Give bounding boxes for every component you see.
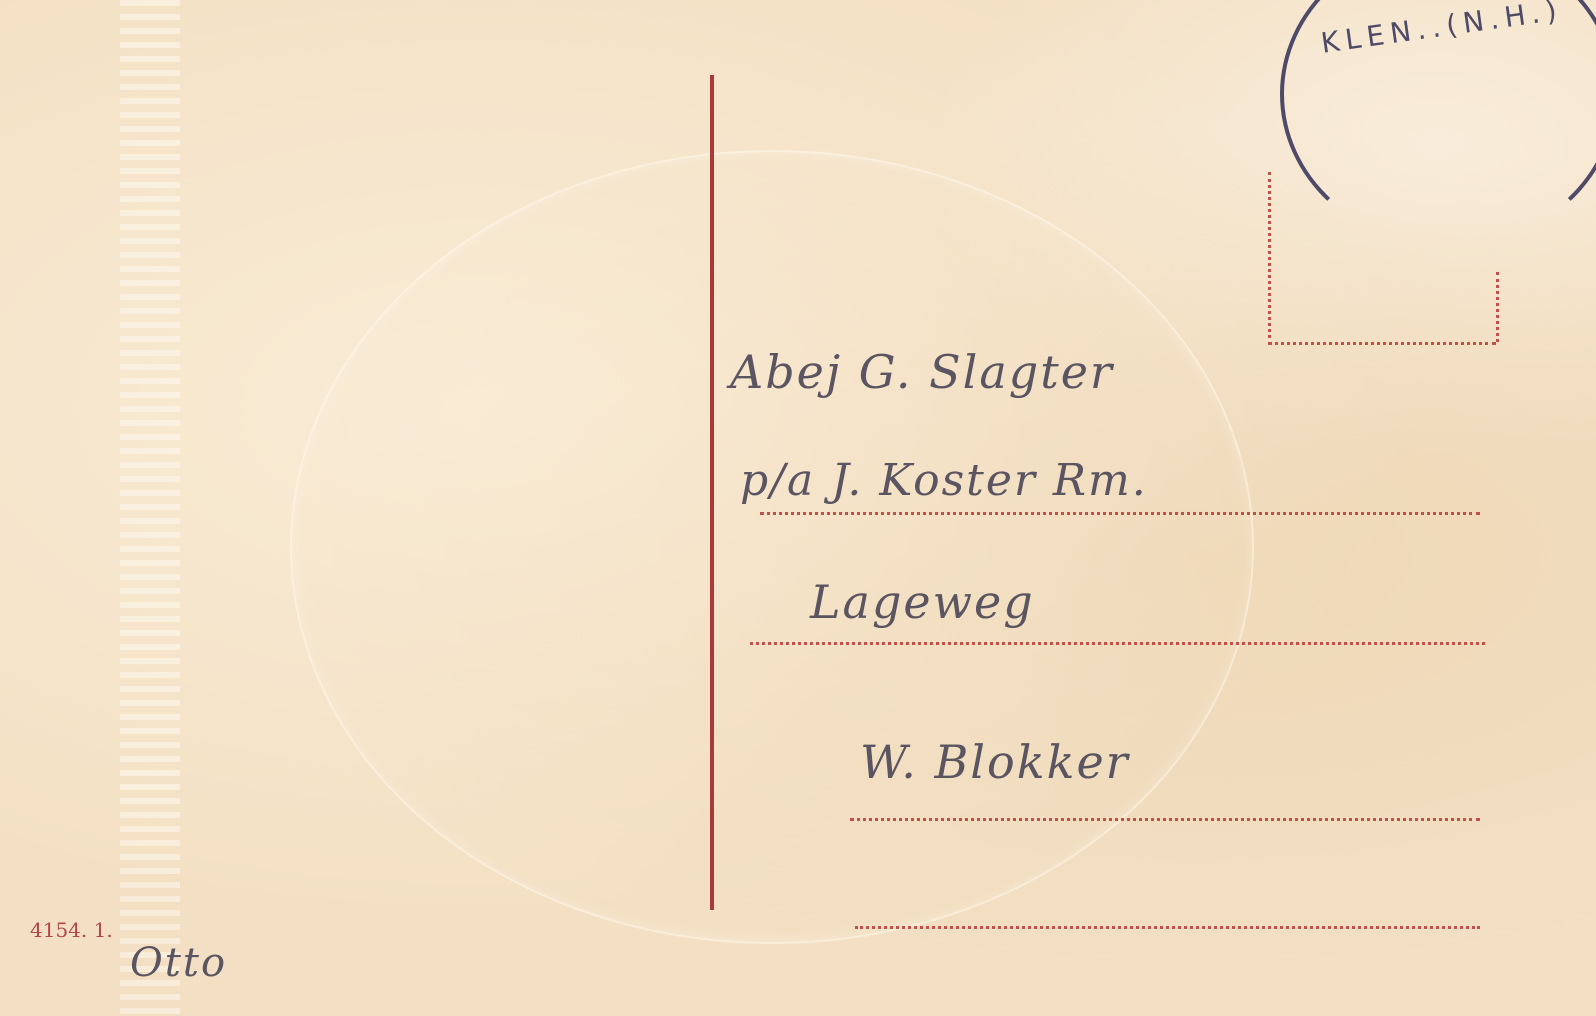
address-line-4: W. Blokker [860,735,1130,789]
address-rule-1 [760,512,1480,515]
address-line-3: Lageweg [810,575,1035,629]
address-line-1: Abej G. Slagter [730,345,1114,399]
embossed-oval [290,150,1254,944]
print-code: 4154. 1. [30,918,113,942]
corner-note: Otto [130,940,227,986]
stamp-placeholder-box [1268,172,1496,345]
address-rule-2 [750,642,1485,645]
address-line-2: p/a J. Koster Rm. [740,455,1148,506]
address-rule-4 [855,926,1480,929]
embossed-border [120,0,180,1016]
center-divider-line [710,75,714,910]
address-rule-3 [850,818,1480,821]
